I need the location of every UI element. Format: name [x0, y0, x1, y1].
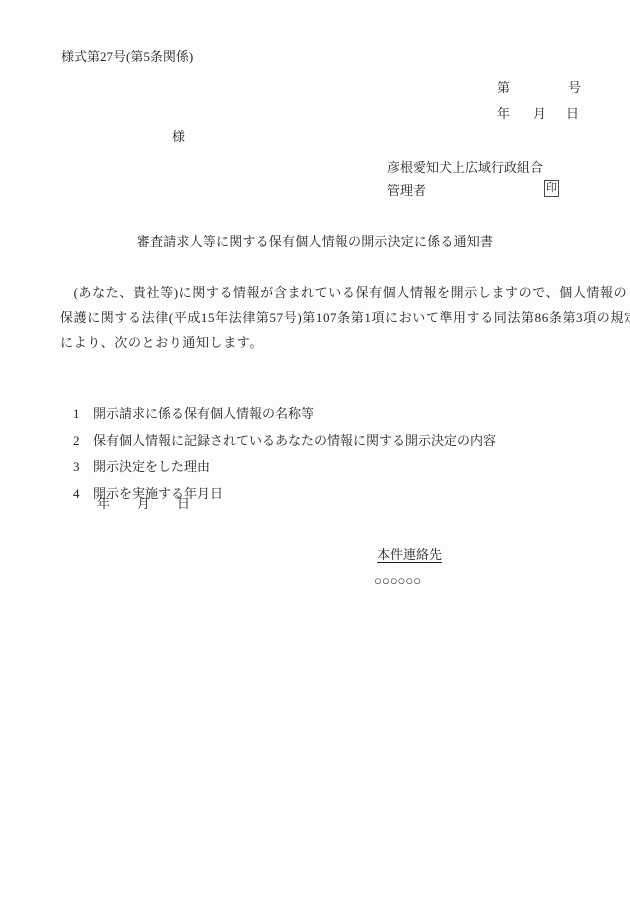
date-day-label: 日	[566, 106, 579, 122]
contact-value: ○○○○○○	[374, 573, 421, 589]
document-title: 審査請求人等に関する保有個人情報の開示決定に係る通知書	[0, 234, 630, 250]
body-paragraph-line-2: 保護に関する法律(平成15年法律第57号)第107条第1項において準用する同法第…	[60, 310, 630, 326]
body-paragraph-line-1: (あなた、貴社等)に関する情報が含まれている保有個人情報を開示しますので、個人情…	[60, 285, 627, 301]
document-page: 様式第27号(第5条関係) 第 号 年 月 日 様 彦根愛知犬上広域行政組合 管…	[0, 0, 630, 903]
date-year-label: 年	[497, 106, 510, 122]
seal-mark: 印	[546, 183, 557, 194]
contact-label: 本件連絡先	[377, 547, 442, 563]
list-item-4-number: 4	[73, 486, 93, 502]
body-paragraph-line-3: により、次のとおり通知します。	[60, 335, 263, 351]
addressee-suffix: 様	[172, 129, 185, 145]
doc-number-suffix: 号	[568, 80, 581, 96]
item-4-date-placeholder: 年 月 日	[97, 496, 197, 512]
date-month-label: 月	[533, 106, 546, 122]
issuer-manager-title: 管理者	[387, 183, 426, 199]
form-number: 様式第27号(第5条関係)	[61, 49, 193, 65]
seal-box: 印	[544, 180, 559, 197]
doc-number-prefix: 第	[497, 80, 510, 96]
issuer-organization: 彦根愛知犬上広域行政組合	[387, 160, 543, 176]
